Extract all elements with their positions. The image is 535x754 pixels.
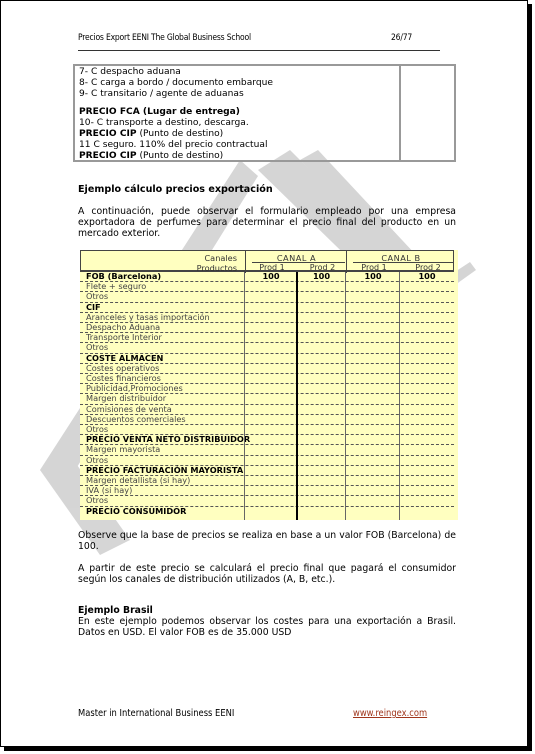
column-divider xyxy=(296,272,298,520)
page-header: Precios Export EENI The Global Business … xyxy=(78,33,440,43)
box-line: PRECIO CIP (Punto de destino) xyxy=(79,151,273,162)
section-brasil-text: En este ejemplo podemos observar los cos… xyxy=(78,616,456,638)
box-line xyxy=(79,99,273,107)
row-label: Otros xyxy=(86,455,108,465)
row-label: Costes financieros xyxy=(86,373,161,383)
section-heading-brasil: Ejemplo Brasil xyxy=(78,605,153,616)
row-label: PRECIO CONSUMIDOR xyxy=(86,506,186,516)
row-label: Despacho Aduana xyxy=(86,322,160,332)
box-line: PRECIO CIP (Punto de destino) xyxy=(79,129,273,140)
box-line: 7- C despacho aduana xyxy=(79,67,273,78)
box-line-text: 11 C seguro. 110% del precio contractual xyxy=(79,140,268,150)
row-label: Otros xyxy=(86,342,108,352)
box-line-text: (Punto de destino) xyxy=(137,129,224,139)
header-rule xyxy=(78,50,440,51)
row-label: COSTE ALMACEN xyxy=(86,353,163,363)
section-intro: A continuación, puede observar el formul… xyxy=(78,206,456,239)
row-label: IVA (si hay) xyxy=(86,485,132,495)
row-label: CIF xyxy=(86,302,101,312)
box-line-text: 9- C transitario / agente de aduanas xyxy=(79,89,244,99)
note-fob-base: Observe que la base de precios se realiz… xyxy=(78,530,456,552)
table-row: Otros xyxy=(80,292,454,302)
row-label: Costes operativos xyxy=(86,363,159,373)
export-price-table: Canales Productos CANAL AProd 1Prod 2CAN… xyxy=(80,250,458,520)
header-title: Precios Export EENI The Global Business … xyxy=(78,33,251,43)
box-line: 10- C transporte a destino, descarga. xyxy=(79,118,273,129)
box-line-bold: PRECIO FCA (Lugar de entrega) xyxy=(79,107,240,117)
box-line-text: (Punto de destino) xyxy=(137,151,224,161)
row-label: Margen distribuidor xyxy=(86,393,166,403)
column-divider xyxy=(399,272,400,520)
row-label: Otros xyxy=(86,424,108,434)
header-row-label: Canales Productos xyxy=(197,253,237,273)
row-label: PRECIO VENTA NETO DISTRIBUIDOR xyxy=(86,434,250,444)
box-line-bold: PRECIO CIP xyxy=(79,129,137,139)
row-label: Flete + seguro xyxy=(86,281,146,291)
table-row: Transporte Interior xyxy=(80,333,454,343)
table-cell: 100 xyxy=(346,271,400,281)
footer-text: Master in International Business EENI xyxy=(78,708,234,719)
table-cell: 100 xyxy=(400,271,454,281)
column-divider xyxy=(244,272,245,520)
box-line-text: 10- C transporte a destino, descarga. xyxy=(79,118,249,128)
box-line-bold: PRECIO CIP xyxy=(79,151,137,161)
header-label-canales: Canales xyxy=(197,253,237,263)
table-row: PRECIO CONSUMIDOR xyxy=(80,507,454,517)
table-row: Margen mayorista xyxy=(80,445,454,455)
row-label: Aranceles y tasas importación xyxy=(86,312,210,322)
footer-link[interactable]: www.reingex.com xyxy=(353,708,427,719)
table-cell: 100 xyxy=(245,271,297,281)
row-label: Margen detallista (si hay) xyxy=(86,475,190,485)
row-label: PRECIO FACTURACIÓN MAYORISTA xyxy=(86,465,243,475)
note-final-price: A partir de este precio se calculará el … xyxy=(78,563,456,585)
row-label: Margen mayorista xyxy=(86,444,160,454)
page-number: 26/77 xyxy=(391,33,412,43)
box-line: PRECIO FCA (Lugar de entrega) xyxy=(79,107,273,118)
table-row: Margen detallista (si hay) xyxy=(80,476,454,486)
section-heading-export-calc: Ejemplo cálculo precios exportación xyxy=(78,184,273,195)
box-line-text: 7- C despacho aduana xyxy=(79,67,181,77)
box-line: 8- C carga a bordo / documento embarque xyxy=(79,78,273,89)
table-header: Canales Productos CANAL AProd 1Prod 2CAN… xyxy=(80,250,454,272)
column-divider xyxy=(345,272,346,520)
row-label: Otros xyxy=(86,291,108,301)
row-label: Publicidad,Promociones xyxy=(86,383,183,393)
table-row: Descuentos comerciales xyxy=(80,415,454,425)
table-row: IVA (si hay) xyxy=(80,486,454,496)
row-label: Comisiones de venta xyxy=(86,404,172,414)
box-line: 9- C transitario / agente de aduanas xyxy=(79,89,273,100)
row-label: Descuentos comerciales xyxy=(86,414,186,424)
row-label: FOB (Barcelona) xyxy=(86,271,161,281)
row-label: Transporte Interior xyxy=(86,332,162,342)
row-label: Otros xyxy=(86,495,108,505)
box-line: 11 C seguro. 110% del precio contractual xyxy=(79,140,273,151)
incoterm-costs-box: 7- C despacho aduana8- C carga a bordo /… xyxy=(73,64,456,162)
incoterm-costs-list: 7- C despacho aduana8- C carga a bordo /… xyxy=(79,67,273,161)
table-row: Flete + seguro xyxy=(80,282,454,292)
table-cell: 100 xyxy=(297,271,346,281)
box-line-text: 8- C carga a bordo / documento embarque xyxy=(79,78,273,88)
box-column-divider xyxy=(399,66,401,160)
